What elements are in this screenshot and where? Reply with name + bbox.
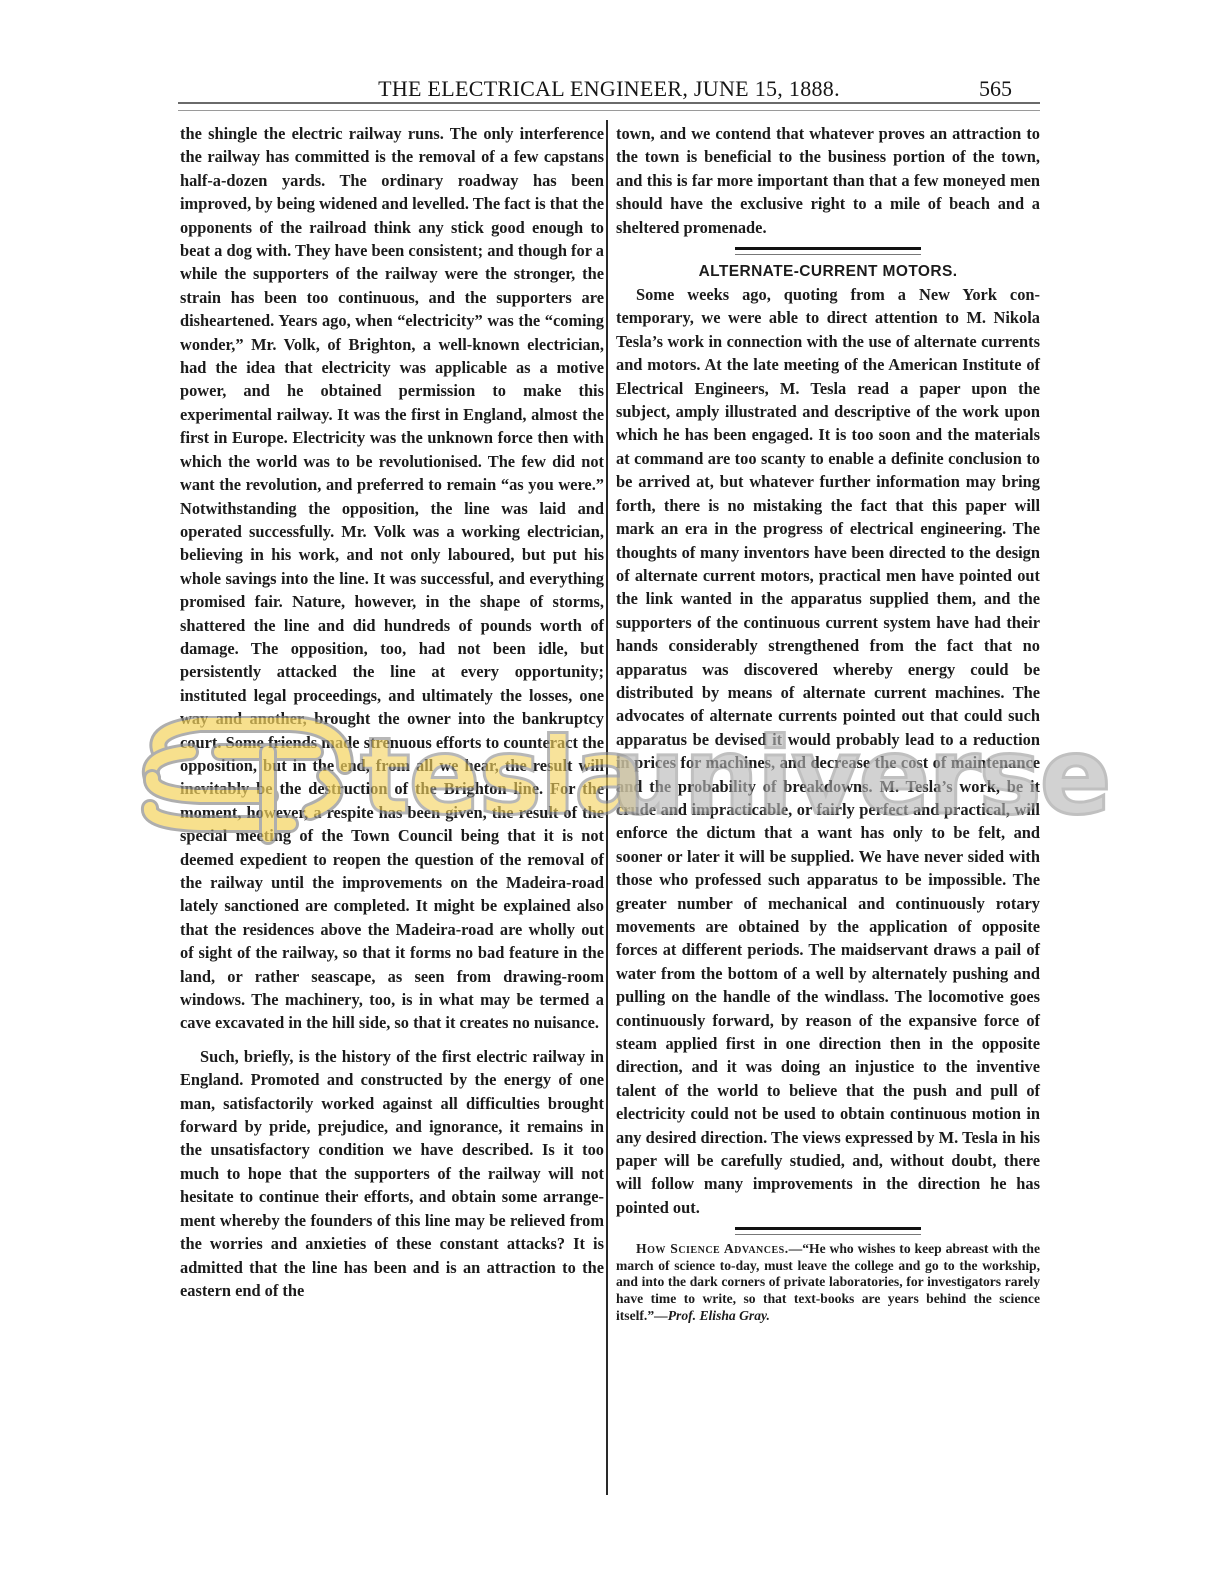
publication-title: THE ELECTRICAL ENGINEER, JUNE 15, 1888. <box>178 76 920 102</box>
left-column: the shingle the electric railway runs. T… <box>180 122 604 1302</box>
railway-paragraph-2: Such, briefly, is the history of the fir… <box>180 1045 604 1302</box>
note-title: How Science Advances. <box>636 1241 789 1256</box>
right-column: town, and we contend that whatever prove… <box>616 122 1040 1324</box>
note-dash: — <box>789 1241 803 1256</box>
railway-paragraph-continuation: town, and we contend that whatever prove… <box>616 122 1040 239</box>
column-divider <box>606 120 608 1495</box>
article-heading: ALTERNATE-CURRENT MOTORS. <box>616 261 1040 283</box>
science-note: How Science Advances.—“He who wishes to … <box>616 1241 1040 1324</box>
page-number: 565 <box>979 76 1012 102</box>
railway-paragraph-1: the shingle the electric railway runs. T… <box>180 122 604 1035</box>
newspaper-page: THE ELECTRICAL ENGINEER, JUNE 15, 1888. … <box>178 72 1040 1492</box>
header-rule <box>178 102 1040 111</box>
section-divider-2 <box>735 1227 921 1235</box>
note-attribution: —Prof. Elisha Gray. <box>654 1308 770 1323</box>
article-body: Some weeks ago, quoting from a New York … <box>616 283 1040 1219</box>
section-divider <box>735 247 921 255</box>
